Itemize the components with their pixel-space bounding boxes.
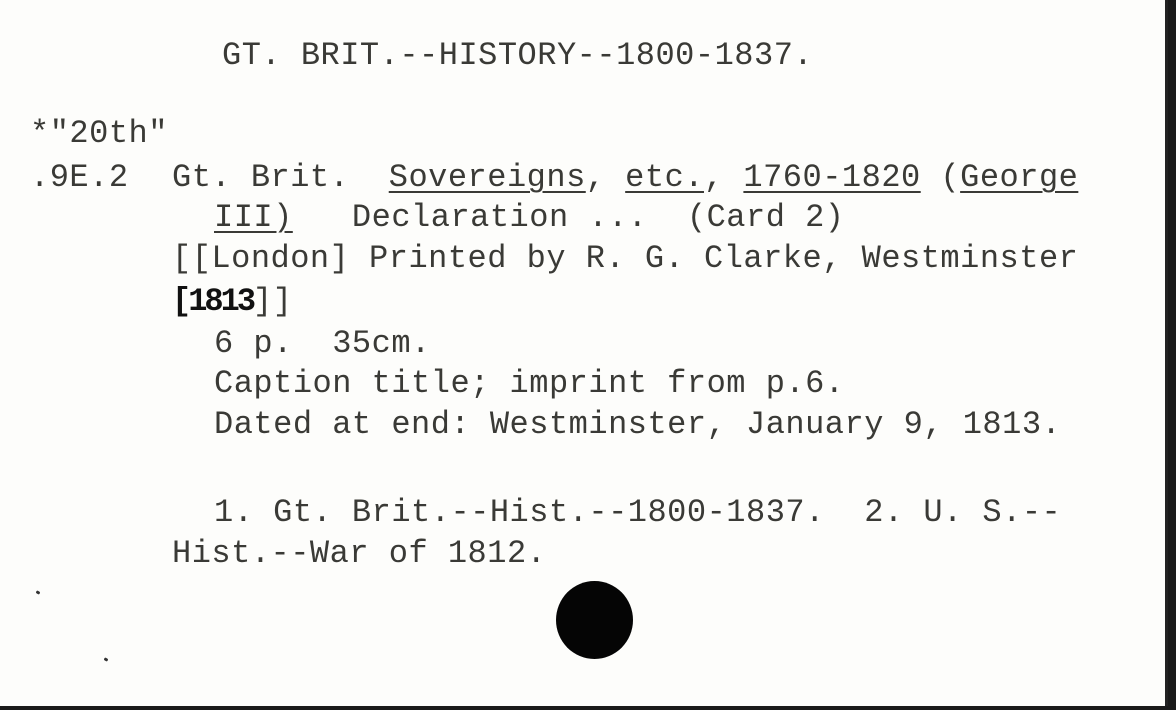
author-prefix: Gt. Brit. bbox=[172, 159, 349, 196]
author-sovereigns: Sovereigns bbox=[389, 159, 586, 196]
punch-hole bbox=[556, 581, 633, 659]
author-heading: Gt. Brit. Sovereigns, etc., 1760-1820 (G… bbox=[172, 162, 1078, 194]
tracings-line1: 1. Gt. Brit.--Hist.--1800-1837. 2. U. S.… bbox=[214, 497, 1061, 529]
catalog-card: GT. BRIT.--HISTORY--1800-1837. *"20th" .… bbox=[0, 0, 1168, 706]
imprint-line: [[London] Printed by R. G. Clarke, Westm… bbox=[172, 243, 1078, 275]
card-number: (Card 2) bbox=[687, 199, 845, 236]
imprint-place: London bbox=[211, 240, 329, 277]
ink-speck bbox=[104, 657, 109, 662]
subject-heading: GT. BRIT.--HISTORY--1800-1837. bbox=[222, 40, 813, 72]
note-1: Caption title; imprint from p.6. bbox=[214, 368, 845, 400]
call-number-line1: *"20th" bbox=[30, 118, 168, 150]
ink-speck bbox=[36, 590, 41, 595]
imprint-date: [1813 bbox=[172, 283, 253, 320]
tracings-line2: Hist.--War of 1812. bbox=[172, 538, 546, 570]
title: Declaration ... bbox=[352, 199, 648, 236]
author-years: 1760-1820 bbox=[743, 159, 920, 196]
imprint-date-line: [1813]] bbox=[172, 286, 292, 318]
note-2: Dated at end: Westminster, January 9, 18… bbox=[214, 409, 1061, 441]
author-etc: etc. bbox=[625, 159, 704, 196]
imprint-publisher: ] Printed by R. G. Clarke, Westminster bbox=[330, 240, 1079, 277]
author-iii: III) bbox=[214, 199, 293, 236]
call-number-line2: .9E.2 bbox=[30, 162, 129, 194]
title-line: III) Declaration ... (Card 2) bbox=[214, 202, 845, 234]
author-george: George bbox=[960, 159, 1078, 196]
collation: 6 p. 35cm. bbox=[214, 328, 431, 360]
